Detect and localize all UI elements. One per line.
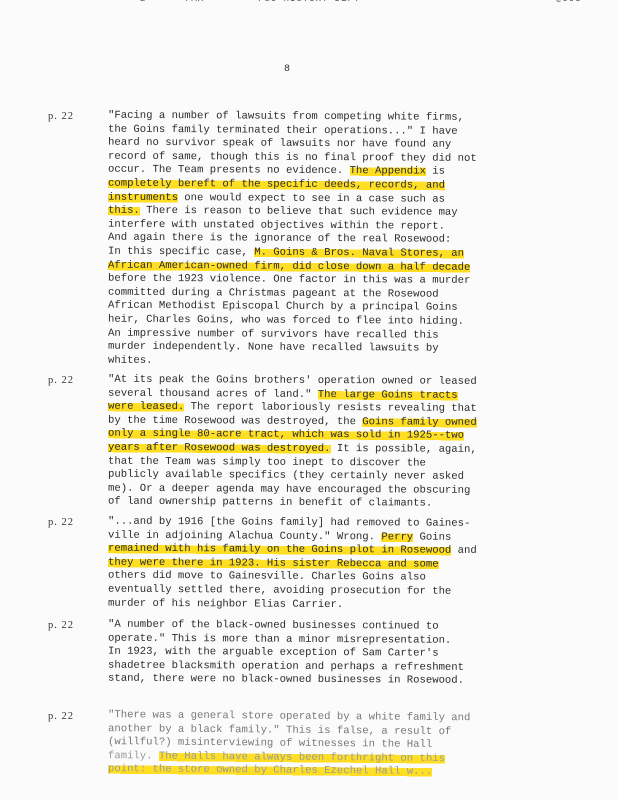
page-reference: p. 22 bbox=[48, 620, 74, 631]
text-line: stand, there were no black-owned busines… bbox=[108, 673, 548, 689]
highlighted-text: years after Rosewood was destroyed. bbox=[108, 442, 331, 455]
text-line: of land ownership patterns in benefit of… bbox=[108, 496, 548, 512]
highlighted-text: The Halls have always been forthright on… bbox=[159, 750, 445, 764]
text-segment: African Methodist Episcopal Church by a … bbox=[108, 300, 458, 314]
highlighted-text: The Appendix bbox=[350, 166, 426, 178]
text-segment: operate." This is more than a minor misr… bbox=[108, 632, 451, 646]
text-segment: another by a black family." This is fals… bbox=[108, 723, 451, 738]
highlighted-text: only a single 80-acre tract, which was s… bbox=[108, 428, 464, 442]
text-segment: me). Or a deeper agenda may have encoura… bbox=[108, 482, 470, 496]
page-reference: p. 22 bbox=[48, 517, 74, 528]
highlighted-text: remained with his family on the Goins pl… bbox=[108, 543, 451, 557]
text-segment: one would expect to see in a case such a… bbox=[178, 192, 445, 206]
text-segment: shadetree blacksmith operation and perha… bbox=[108, 659, 464, 673]
text-segment: "A number of the black-owned businesses … bbox=[108, 619, 439, 633]
highlighted-text: M. Goins & Bros. Naval Stores, an bbox=[254, 246, 464, 259]
text-segment: ville in adjoining Alachua County." Wron… bbox=[108, 529, 381, 543]
text-segment: and bbox=[451, 545, 477, 557]
highlighted-text: this. bbox=[108, 205, 140, 217]
text-segment: "There was a general store operated by a… bbox=[108, 709, 470, 724]
text-segment: that the Team was simply too inept to di… bbox=[108, 455, 426, 469]
text-line: murder of his neighbor Elias Carrier. bbox=[108, 597, 548, 613]
text-segment: the Goins family terminated their operat… bbox=[108, 123, 458, 137]
text-segment: murder of his neighbor Elias Carrier. bbox=[108, 597, 343, 610]
text-segment: It is possible, again, bbox=[330, 443, 476, 456]
text-segment: Goins bbox=[413, 531, 451, 543]
page-number: 8 bbox=[284, 64, 290, 75]
highlighted-text: point: the store owned by Charles Ezeche… bbox=[108, 763, 432, 778]
text-segment: And again there is the ignorance of the … bbox=[108, 232, 451, 246]
text-segment: "...and by 1916 [the Goins family] had r… bbox=[108, 516, 470, 530]
text-line: whites. bbox=[108, 354, 548, 370]
highlighted-text: African American-owned firm, did close d… bbox=[108, 259, 470, 273]
text-segment: before the 1923 violence. One factor in … bbox=[108, 273, 470, 287]
text-segment: by the time Rosewood was destroyed, the bbox=[108, 414, 362, 428]
text-segment: (willful?) misinterviewing of witnesses … bbox=[108, 736, 432, 751]
text-segment: stand, there were no black-owned busines… bbox=[108, 673, 464, 687]
text-segment: whites. bbox=[108, 354, 153, 366]
highlighted-text: instruments bbox=[108, 191, 178, 203]
text-segment: family. bbox=[108, 750, 159, 762]
entry-body: "There was a general store operated by a… bbox=[108, 711, 548, 779]
highlighted-text: completely bereft of the specific deeds,… bbox=[108, 178, 445, 192]
highlighted-text: were leased. bbox=[108, 401, 184, 413]
text-segment: publicly available specifics (they certa… bbox=[108, 469, 464, 483]
text-segment: committed during a Christmas pageant at … bbox=[108, 286, 439, 300]
text-segment: In this specific case, bbox=[108, 246, 254, 259]
text-segment: murder independently. None have recalled… bbox=[108, 341, 439, 355]
fax-header-title: FSU HISTORY DEPT bbox=[258, 0, 360, 4]
text-segment: occur. The Team presents no evidence. bbox=[108, 164, 350, 177]
text-line: point: the store owned by Charles Ezeche… bbox=[108, 763, 548, 780]
text-segment: "Facing a number of lawsuits from compet… bbox=[108, 110, 464, 124]
text-segment: An impressive number of survivors have r… bbox=[108, 327, 439, 341]
text-segment: several thousand acres of land." bbox=[108, 387, 318, 400]
highlighted-text: Perry bbox=[381, 531, 413, 543]
text-segment: In 1923, with the arguable exception of … bbox=[108, 646, 439, 660]
page-reference: p. 22 bbox=[48, 711, 74, 722]
text-segment: heard no survivor speak of lawsuits nor … bbox=[108, 137, 451, 151]
page-reference: p. 22 bbox=[48, 375, 74, 386]
highlighted-text: Goins family owned bbox=[362, 416, 477, 429]
entry-body: "A number of the black-owned businesses … bbox=[108, 620, 548, 688]
text-segment: of land ownership patterns in benefit of… bbox=[108, 496, 432, 510]
entry-body: "At its peak the Goins brothers' operati… bbox=[108, 375, 548, 511]
text-segment: others did move to Gainesville. Charles … bbox=[108, 570, 426, 584]
entry-body: "...and by 1916 [the Goins family] had r… bbox=[108, 517, 548, 612]
highlighted-text: they were there in 1923. His sister Rebe… bbox=[108, 556, 439, 570]
text-segment: is bbox=[426, 166, 445, 178]
fax-header-right-mark: @003 bbox=[556, 0, 582, 4]
fax-header: 2 FAX FSU HISTORY DEPT @003 bbox=[0, 0, 618, 6]
text-segment: There is reason to believe that such evi… bbox=[140, 205, 458, 219]
entry-body: "Facing a number of lawsuits from compet… bbox=[108, 111, 548, 369]
highlighted-text: The large Goins tracts bbox=[318, 389, 458, 402]
text-segment: "At its peak the Goins brothers' operati… bbox=[108, 374, 477, 388]
text-segment: interfere with unstated objectives withi… bbox=[108, 218, 445, 232]
text-segment: The report laboriously resists revealing… bbox=[184, 401, 477, 415]
fax-header-mid-mark: FAX bbox=[185, 0, 204, 4]
fax-header-left-mark: 2 bbox=[140, 0, 146, 4]
text-segment: heir, Charles Goins, who was forced to f… bbox=[108, 314, 464, 328]
text-segment: record of same, though this is no final … bbox=[108, 150, 477, 164]
text-segment: eventually settled there, avoiding prose… bbox=[108, 584, 451, 598]
scanned-document-page: 2 FAX FSU HISTORY DEPT @003 8 p. 22 "Fac… bbox=[0, 0, 618, 800]
page-reference: p. 22 bbox=[48, 111, 74, 122]
